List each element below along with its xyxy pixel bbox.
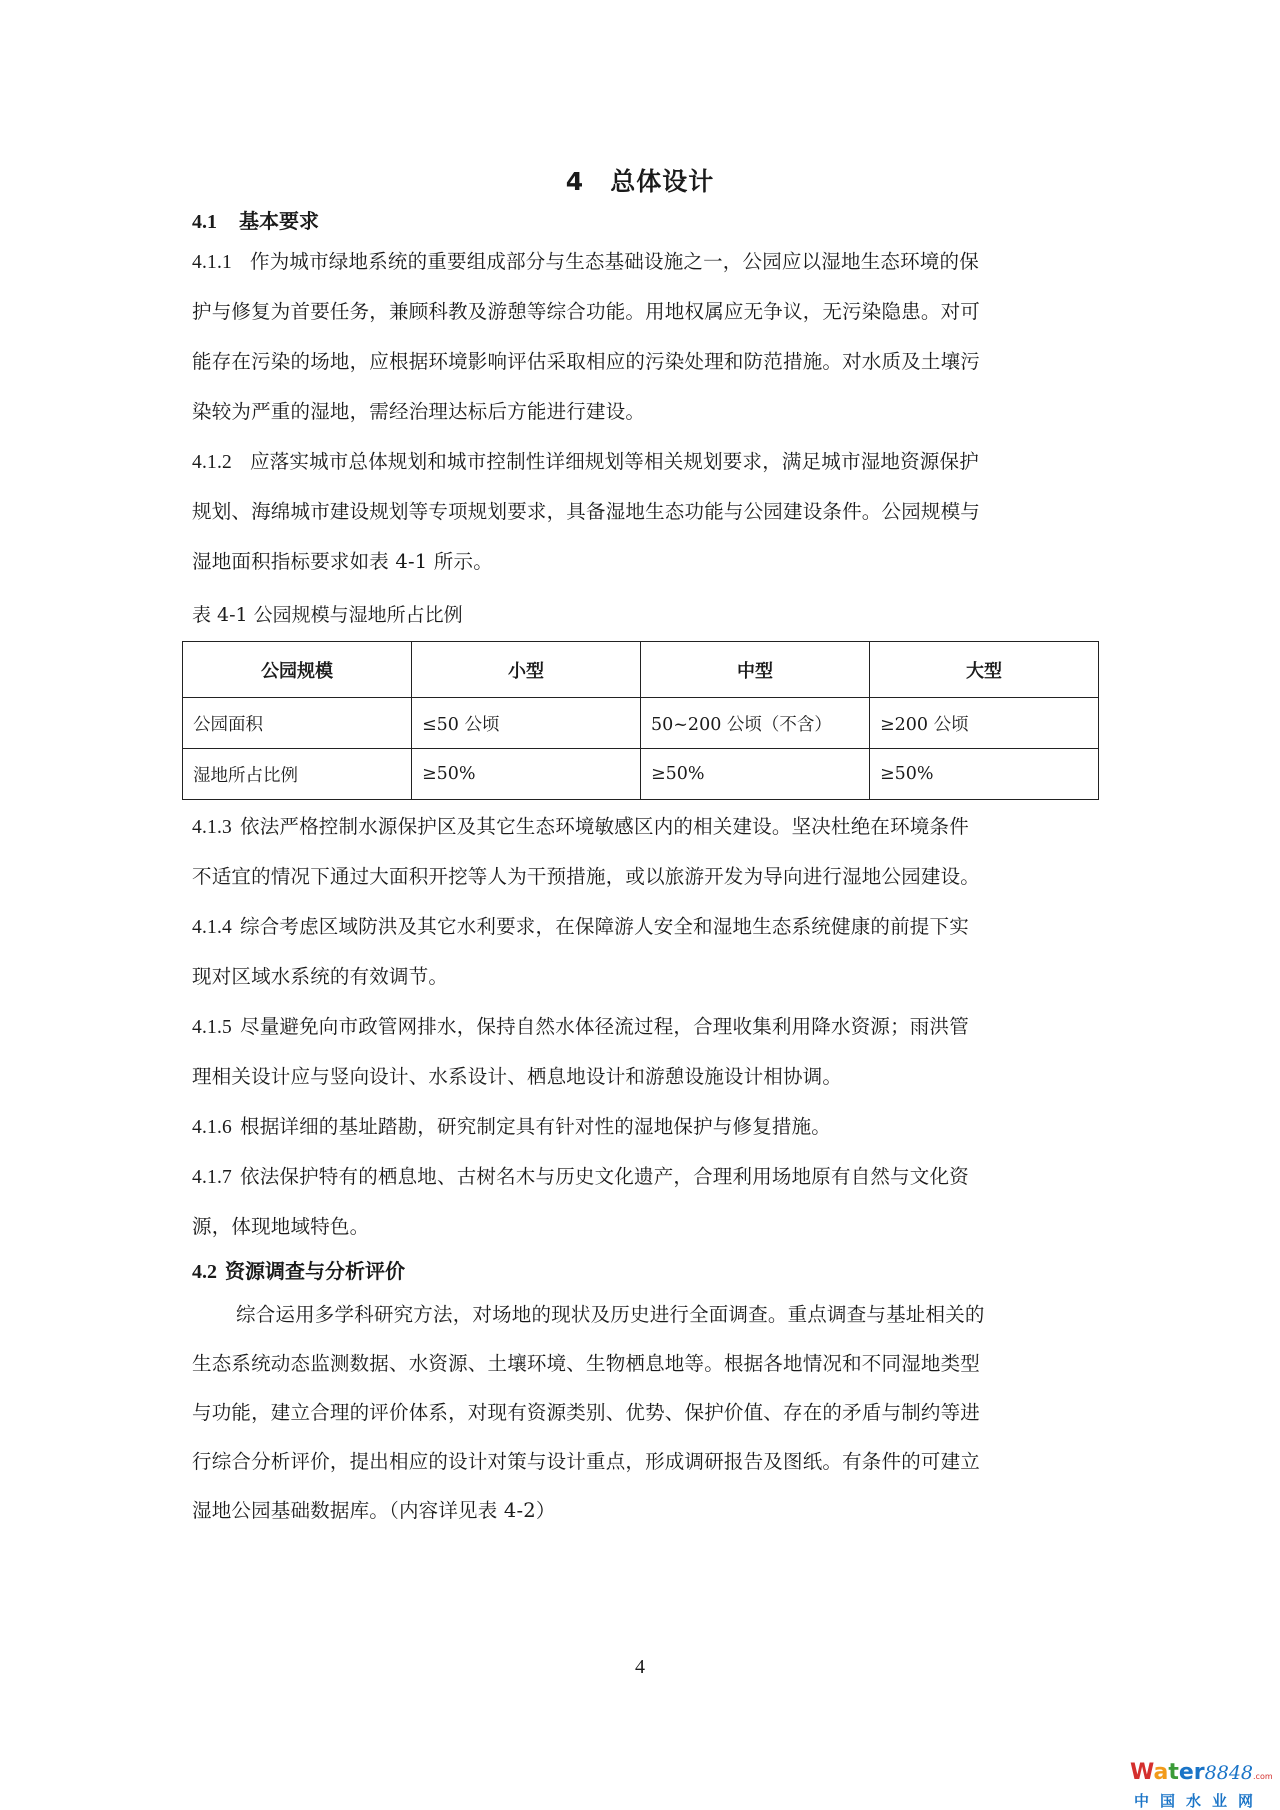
- section-number: 4.1: [192, 211, 217, 233]
- clause-number: 4.1.1: [192, 252, 232, 273]
- clause-text: 应落实城市总体规划和城市控制性详细规划等相关规划要求，满足城市湿地资源保护: [250, 450, 979, 473]
- table-row: 公园面积 ≤50 公顷 50~200 公顷（不含） ≥200 公顷: [183, 698, 1099, 749]
- clause-4-1-2-line-1: 4.1.2应落实城市总体规划和城市控制性详细规划等相关规划要求，满足城市湿地资源…: [192, 448, 1087, 477]
- clause-4-1-5-line-2: 理相关设计应与竖向设计、水系设计、栖息地设计和游憩设施设计相协调。: [192, 1063, 1087, 1091]
- section-4-2-line-5: 湿地公园基础数据库。（内容详见表 4-2）: [192, 1497, 1087, 1525]
- clause-4-1-3-line-1: 4.1.3依法严格控制水源保护区及其它生态环境敏感区内的相关建设。坚决杜绝在环境…: [192, 813, 1087, 842]
- clause-text: 依法保护特有的栖息地、古树名木与历史文化遗产，合理利用场地原有自然与文化资: [240, 1165, 969, 1188]
- clause-4-1-3-line-2: 不适宜的情况下通过大面积开挖等人为干预措施，或以旅游开发为导向进行湿地公园建设。: [192, 863, 1087, 891]
- table-cell: 公园面积: [183, 698, 412, 749]
- section-4-2-line-1: 综合运用多学科研究方法，对场地的现状及历史进行全面调查。重点调查与基址相关的: [192, 1301, 1131, 1329]
- chapter-title-text: 总体设计: [610, 167, 714, 196]
- clause-4-1-2-line-3: 湿地面积指标要求如表 4-1 所示。: [192, 548, 1087, 576]
- section-heading-4-1: 4.1基本要求: [192, 205, 319, 234]
- clause-text: 作为城市绿地系统的重要组成部分与生态基础设施之一，公园应以湿地生态环境的保: [250, 250, 979, 273]
- clause-4-1-1-line-4: 染较为严重的湿地，需经治理达标后方能进行建设。: [192, 398, 1087, 426]
- clause-text: 综合考虑区域防洪及其它水利要求，在保障游人安全和湿地生态系统健康的前提下实: [240, 915, 969, 938]
- clause-4-1-4-line-1: 4.1.4综合考虑区域防洪及其它水利要求，在保障游人安全和湿地生态系统健康的前提…: [192, 913, 1087, 942]
- table-cell: ≥200 公顷: [870, 698, 1099, 749]
- section-4-2-line-3: 与功能，建立合理的评价体系，对现有资源类别、优势、保护价值、存在的矛盾与制约等进: [192, 1399, 1087, 1427]
- clause-number: 4.1.6: [192, 1117, 232, 1138]
- clause-text: 根据详细的基址踏勘，研究制定具有针对性的湿地保护与修复措施。: [240, 1115, 831, 1138]
- section-title: 基本要求: [239, 209, 319, 233]
- chapter-number: 4: [566, 167, 584, 196]
- table-cell: ≥50%: [412, 749, 641, 800]
- section-number: 4.2: [192, 1261, 217, 1283]
- table-cell: ≥50%: [641, 749, 870, 800]
- clause-number: 4.1.4: [192, 917, 232, 938]
- logo-letter: t: [1168, 1760, 1179, 1785]
- table-cell: 湿地所占比例: [183, 749, 412, 800]
- section-4-2-line-2: 生态系统动态监测数据、水资源、土壤环境、生物栖息地等。根据各地情况和不同湿地类型: [192, 1350, 1087, 1378]
- table-header-cell: 大型: [870, 642, 1099, 698]
- section-4-2-line-4: 行综合分析评价，提出相应的设计对策与设计重点，形成调研报告及图纸。有条件的可建立: [192, 1448, 1087, 1476]
- table-header-cell: 小型: [412, 642, 641, 698]
- clause-4-1-5-line-1: 4.1.5尽量避免向市政管网排水，保持自然水体径流过程，合理收集利用降水资源；雨…: [192, 1013, 1087, 1042]
- section-heading-4-2: 4.2资源调查与分析评价: [192, 1255, 405, 1284]
- table-cell: ≥50%: [870, 749, 1099, 800]
- table-cell: ≤50 公顷: [412, 698, 641, 749]
- clause-4-1-1-line-3: 能存在污染的场地，应根据环境影响评估采取相应的污染处理和防范措施。对水质及土壤污: [192, 348, 1087, 376]
- section-title: 资源调查与分析评价: [225, 1259, 405, 1283]
- chapter-title: 4总体设计: [0, 162, 1280, 198]
- clause-number: 4.1.2: [192, 452, 232, 473]
- watermark-logo: Water8848.com 中国水业网: [1130, 1762, 1268, 1810]
- logo-number: 8848: [1205, 1762, 1253, 1784]
- page-number: 4: [0, 1656, 1280, 1679]
- park-scale-table: 公园规模 小型 中型 大型 公园面积 ≤50 公顷 50~200 公顷（不含） …: [182, 641, 1099, 800]
- table-header-row: 公园规模 小型 中型 大型: [183, 642, 1099, 698]
- clause-text: 依法严格控制水源保护区及其它生态环境敏感区内的相关建设。坚决杜绝在环境条件: [240, 815, 969, 838]
- table-header-cell: 中型: [641, 642, 870, 698]
- clause-4-1-1-line-2: 护与修复为首要任务，兼顾科教及游憩等综合功能。用地权属应无争议，无污染隐患。对可: [192, 298, 1087, 326]
- logo-letter: r: [1194, 1760, 1205, 1785]
- clause-4-1-2-line-2: 规划、海绵城市建设规划等专项规划要求，具备湿地生态功能与公园建设条件。公园规模与: [192, 498, 1087, 526]
- watermark-logo-text: Water8848.com: [1130, 1762, 1268, 1788]
- table-caption: 表 4-1 公园规模与湿地所占比例: [192, 600, 463, 627]
- clause-4-1-1-line-1: 4.1.1作为城市绿地系统的重要组成部分与生态基础设施之一，公园应以湿地生态环境…: [192, 248, 1087, 277]
- logo-suffix: .com: [1253, 1772, 1273, 1781]
- clause-4-1-6-line-1: 4.1.6根据详细的基址踏勘，研究制定具有针对性的湿地保护与修复措施。: [192, 1113, 1087, 1142]
- clause-number: 4.1.7: [192, 1167, 232, 1188]
- clause-text: 尽量避免向市政管网排水，保持自然水体径流过程，合理收集利用降水资源；雨洪管: [240, 1015, 969, 1038]
- clause-4-1-7-line-1: 4.1.7依法保护特有的栖息地、古树名木与历史文化遗产，合理利用场地原有自然与文…: [192, 1163, 1087, 1192]
- clause-4-1-4-line-2: 现对区域水系统的有效调节。: [192, 963, 1087, 991]
- table-row: 湿地所占比例 ≥50% ≥50% ≥50%: [183, 749, 1099, 800]
- logo-letter: W: [1130, 1760, 1153, 1785]
- logo-letter: a: [1153, 1760, 1168, 1785]
- clause-number: 4.1.3: [192, 817, 232, 838]
- table-header-cell: 公园规模: [183, 642, 412, 698]
- clause-number: 4.1.5: [192, 1017, 232, 1038]
- watermark-chinese: 中国水业网: [1130, 1790, 1268, 1810]
- table-cell: 50~200 公顷（不含）: [641, 698, 870, 749]
- logo-letter: e: [1179, 1760, 1194, 1785]
- clause-4-1-7-line-2: 源，体现地域特色。: [192, 1213, 1087, 1241]
